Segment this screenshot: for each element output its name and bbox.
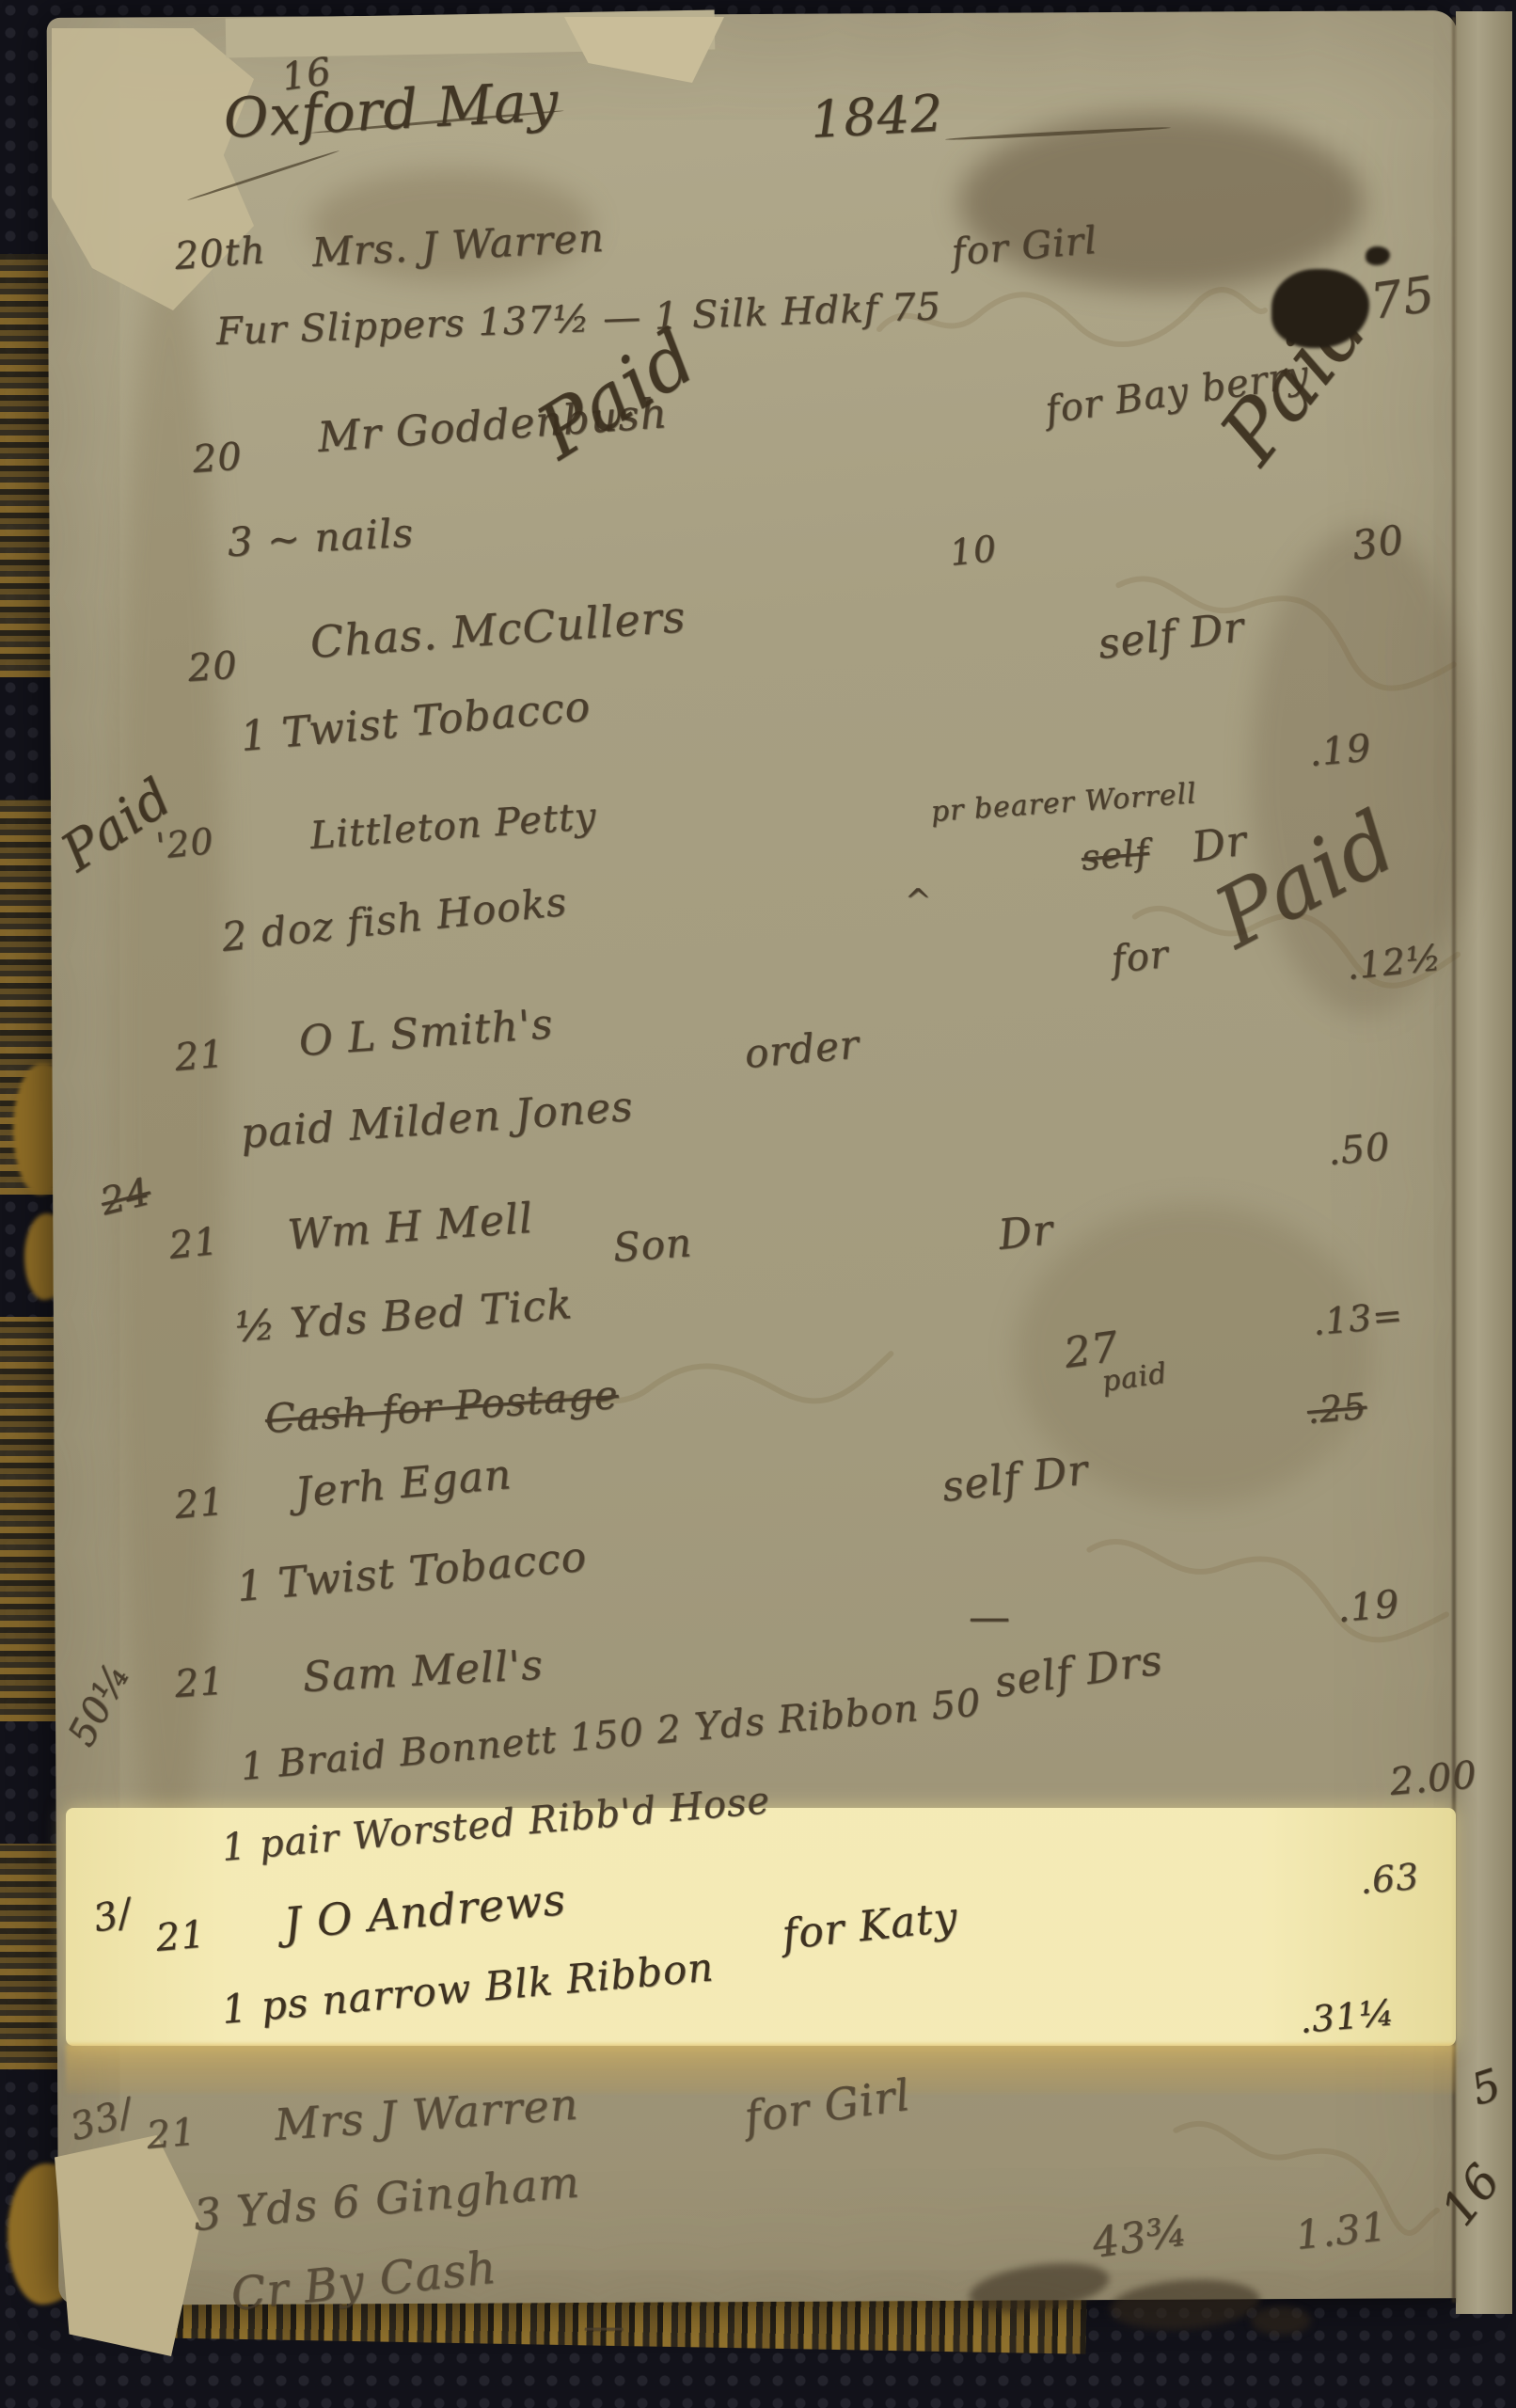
struck-amount: .25 (1305, 1386, 1368, 1432)
entry-mid-value: 10 (948, 528, 1000, 574)
entry-amount: .19 (1335, 1582, 1401, 1631)
entry-dash: — (583, 2303, 625, 2351)
entry-date: 21 (145, 2110, 198, 2157)
entry-amount: .31¼ (1298, 1991, 1397, 2041)
entry-date: 20 (191, 435, 244, 482)
heading-year: 1842 (809, 84, 945, 150)
entry-amount: 30 (1350, 516, 1408, 569)
entry-amount: 1.31 (1293, 2203, 1389, 2258)
entry-date: 20 (186, 643, 239, 690)
ledger-scan: 16 Oxford May 1842 20th Mrs. J Warren fo… (0, 0, 1516, 2408)
struck-word: self (1080, 832, 1151, 879)
entry-date: 20th (173, 229, 267, 278)
ink-smudge (1251, 2306, 1311, 2335)
entry-amount: .63 (1358, 1856, 1421, 1902)
mid-word: Son (611, 1219, 693, 1271)
entry-note: Dr (996, 1206, 1055, 1259)
entry-items: 3 ~ nails (227, 510, 415, 565)
highlight-band-edge (66, 2044, 1456, 2093)
entry-amount: .13= (1311, 1294, 1405, 1343)
entry-amount: .50 (1326, 1125, 1392, 1174)
adjacent-page-edge (1456, 11, 1512, 2314)
entry-date: 21 (173, 1032, 227, 1079)
entry-amount: .19 (1307, 726, 1373, 775)
for-word: for (1110, 933, 1171, 982)
entry-date: 21 (173, 1480, 227, 1527)
entry-amount: 2.00 (1388, 1753, 1479, 1804)
entry-date: 21 (173, 1659, 226, 1706)
entry-dash: — (969, 1593, 1011, 1641)
entry-amount: 75 (1367, 266, 1439, 331)
entry-date: 21 (167, 1220, 221, 1268)
entry-date: '20 (154, 820, 216, 867)
insertion-caret: ^ (905, 882, 933, 920)
entry-date: 21 (154, 1912, 208, 1959)
